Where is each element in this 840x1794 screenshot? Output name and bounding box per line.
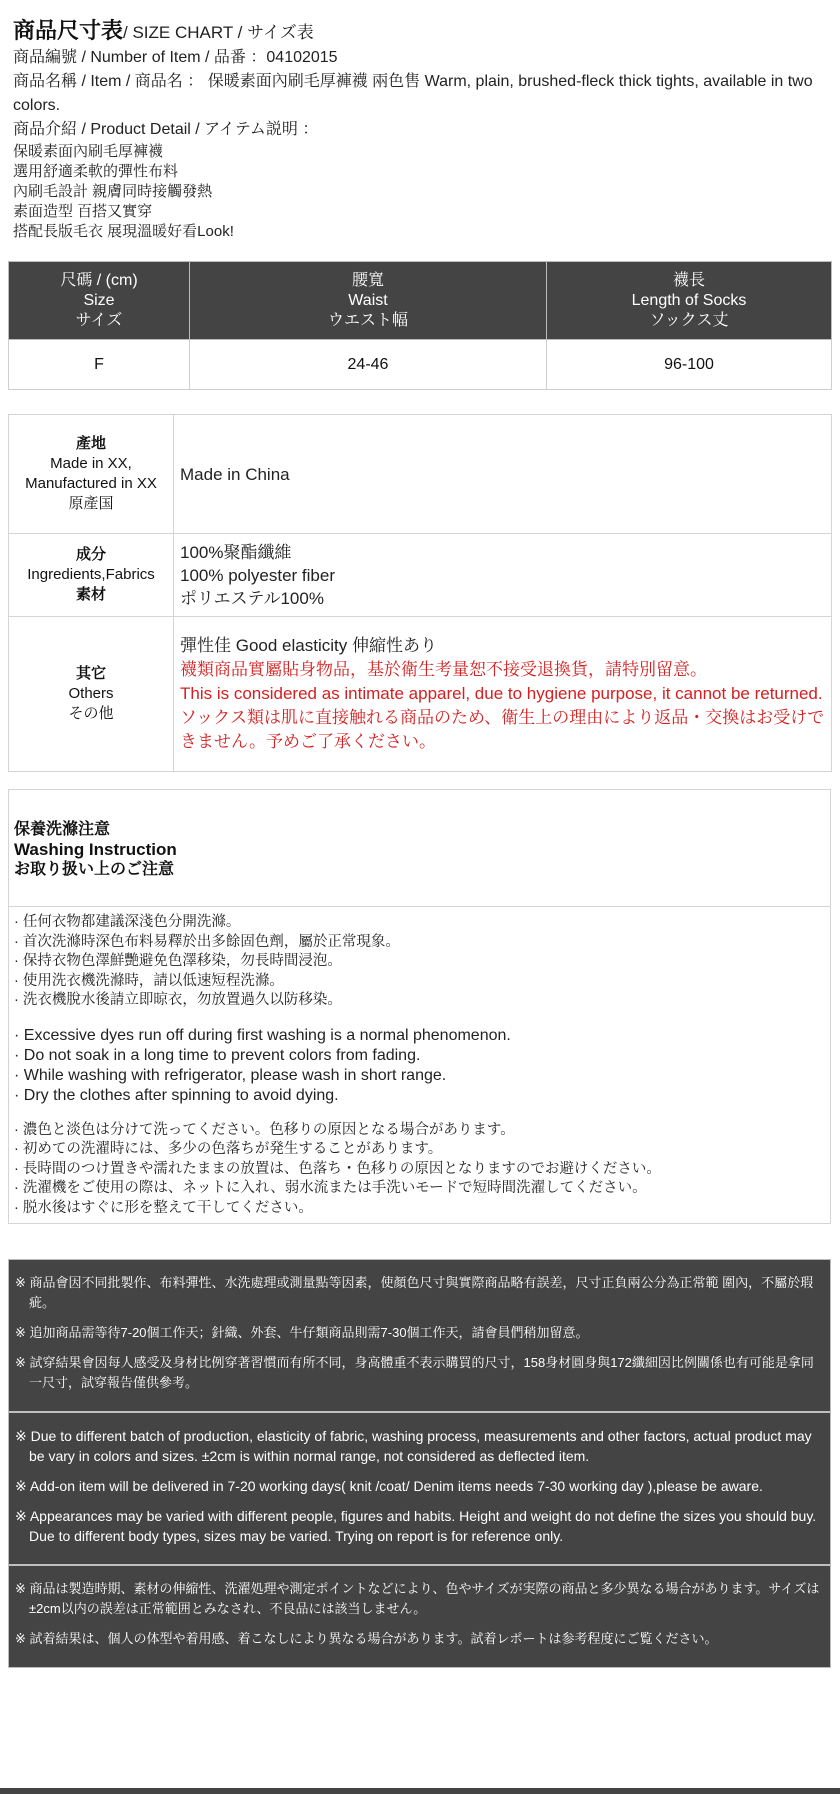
notice-item: ※ 追加商品需等待7-20個工作天；針織、外套、牛仔類商品則需7-30個工作天，… [15, 1323, 824, 1343]
product-detail-list: 保暖素面內刷毛厚褲襪 選用舒適柔軟的彈性布料 內刷毛設計 親膚同時接觸發熱 素面… [13, 142, 833, 242]
notice-panel: ※ 商品會因不同批製作、布料彈性、水洗處理或測量點等因素，使顏色尺寸與實際商品略… [8, 1259, 831, 1668]
origin-label-zh: 產地 [9, 434, 173, 454]
product-detail-line: 保暖素面內刷毛厚褲襪 [13, 142, 833, 162]
header-waist-en: Waist [194, 291, 542, 311]
washing-body: · 任何衣物都建議深淺色分開洗滌。 · 首次洗滌時深色布料易釋於出多餘固色劑，屬… [9, 907, 830, 1223]
notice-item: ※ 試穿結果會因每人感受及身材比例穿著習慣而有所不同，身高體重不表示購買的尺寸，… [15, 1353, 824, 1393]
list-item: · 任何衣物都建議深淺色分開洗滌。 [14, 913, 825, 933]
item-name-label: 商品名稱 / Item / 商品名 ： [13, 73, 203, 90]
product-info: 商品尺寸表/ SIZE CHART / サイズ表 商品編號 / Number o… [13, 18, 833, 242]
washing-instructions: 保養洗滌注意 Washing Instruction お取り扱い上のご注意 · … [8, 789, 831, 1224]
ingredients-value: 100%聚酯纖維 100% polyester fiber ポリエステル100% [174, 534, 832, 617]
spec-row-others: 其它 Others その他 彈性佳 Good elasticity 伸縮性あり … [9, 617, 832, 772]
ingredients-label-en: Ingredients,Fabrics [9, 565, 173, 585]
origin-value: Made in China [174, 415, 832, 534]
others-value: 彈性佳 Good elasticity 伸縮性あり 襪類商品實屬貼身物品，基於衛… [174, 617, 832, 772]
list-item: · 洗衣機脫水後請立即晾衣，勿放置過久以防移染。 [14, 991, 825, 1011]
list-item: · 脱水後はすぐに形を整えて干してください。 [14, 1199, 825, 1219]
notice-section-en: ※ Due to different batch of production, … [9, 1413, 830, 1566]
washing-title-zh: 保養洗滌注意 [14, 820, 825, 840]
notice-item: ※ Due to different batch of production, … [15, 1426, 824, 1466]
item-name-line: 商品名稱 / Item / 商品名 ： 保暖素面內刷毛厚褲襪 兩色售 Warm,… [13, 70, 833, 118]
origin-label-ja: 原產国 [9, 494, 173, 514]
list-item: · 首次洗滌時深色布料易釋於出多餘固色劑，屬於正常現象。 [14, 933, 825, 953]
no-return-warning-en: This is considered as intimate apparel, … [180, 682, 825, 706]
elasticity-note: 彈性佳 Good elasticity 伸縮性あり [180, 634, 825, 658]
header-waist-ja: ウエスト幅 [194, 311, 542, 331]
item-number-line: 商品編號 / Number of Item / 品番 ：04102015 [13, 46, 833, 70]
ingredients-label-zh: 成分 [9, 545, 173, 565]
no-return-warning-zh: 襪類商品實屬貼身物品，基於衛生考量恕不接受退換貨，請特別留意。 [180, 658, 825, 682]
header-sock-length: 襪長 Length of Socks ソックス丈 [547, 262, 832, 340]
washing-title-ja: お取り扱い上のご注意 [14, 860, 825, 880]
washing-list-ja: · 濃色と淡色は分けて洗ってください。色移りの原因となる場合があります。 · 初… [14, 1121, 825, 1219]
header-waist: 腰寬 Waist ウエスト幅 [190, 262, 547, 340]
header-length-en: Length of Socks [551, 291, 827, 311]
product-detail-label: 商品介紹 / Product Detail / アイテム説明 ： [13, 118, 833, 142]
others-label: 其它 Others その他 [9, 617, 174, 772]
notice-item: ※ Add-on item will be delivered in 7-20 … [15, 1476, 824, 1496]
list-item: · 洗濯機をご使用の際は、ネットに入れ、弱水流または手洗いモードで短時間洗濯して… [14, 1179, 825, 1199]
header-size: 尺碼 / (cm) Size サイズ [9, 262, 190, 340]
size-chart-title: 商品尺寸表/ SIZE CHART / サイズ表 [13, 18, 833, 46]
notice-item: ※ 商品會因不同批製作、布料彈性、水洗處理或測量點等因素，使顏色尺寸與實際商品略… [15, 1273, 824, 1313]
washing-title: 保養洗滌注意 Washing Instruction お取り扱い上のご注意 [9, 790, 830, 907]
list-item: · 使用洗衣機洗滌時，請以低速短程洗滌。 [14, 972, 825, 992]
list-item: · 保持衣物色澤鮮艷避免色澤移染，勿長時間浸泡。 [14, 952, 825, 972]
title-zh: 商品尺寸表 [13, 18, 123, 43]
table-row: F 24-46 96-100 [9, 340, 832, 390]
list-item: · Do not soak in a long time to prevent … [14, 1046, 825, 1066]
list-item: · Excessive dyes run off during first wa… [14, 1026, 825, 1046]
list-item: · While washing with refrigerator, pleas… [14, 1066, 825, 1086]
others-label-en: Others [9, 684, 173, 704]
notice-item: ※ 商品は製造時期、素材の伸縮性、洗濯処理や測定ポイントなどにより、色やサイズが… [15, 1579, 824, 1619]
spec-table: 產地 Made in XX, Manufactured in XX 原產国 Ma… [8, 414, 832, 772]
ingredients-label: 成分 Ingredients,Fabrics 素材 [9, 534, 174, 617]
spec-row-origin: 產地 Made in XX, Manufactured in XX 原產国 Ma… [9, 415, 832, 534]
washing-title-en: Washing Instruction [14, 840, 825, 860]
ingredient-line: ポリエステル100% [180, 587, 825, 610]
cell-waist: 24-46 [190, 340, 547, 390]
washing-list-en: · Excessive dyes run off during first wa… [14, 1026, 825, 1106]
header-size-en: Size [13, 291, 185, 311]
ingredient-line: 100% polyester fiber [180, 564, 825, 587]
list-item: · 長時間のつけ置きや濡れたままの放置は、色落ち・色移りの原因となりますのでお避… [14, 1160, 825, 1180]
others-label-ja: その他 [9, 704, 173, 724]
others-label-zh: 其它 [9, 664, 173, 684]
product-detail-line: 內刷毛設計 親膚同時接觸發熱 [13, 182, 833, 202]
no-return-warning-ja: ソックス類は肌に直接触れる商品のため、衛生上の理由により返品・交換はお受けできま… [180, 706, 825, 754]
spec-row-ingredients: 成分 Ingredients,Fabrics 素材 100%聚酯纖維 100% … [9, 534, 832, 617]
cell-length: 96-100 [547, 340, 832, 390]
size-table: 尺碼 / (cm) Size サイズ 腰寬 Waist ウエスト幅 襪長 Len… [8, 261, 832, 390]
washing-list-zh: · 任何衣物都建議深淺色分開洗滌。 · 首次洗滌時深色布料易釋於出多餘固色劑，屬… [14, 913, 825, 1011]
header-size-ja: サイズ [13, 311, 185, 331]
product-detail-line: 素面造型 百搭又實穿 [13, 202, 833, 222]
list-item: · Dry the clothes after spinning to avoi… [14, 1086, 825, 1106]
origin-label: 產地 Made in XX, Manufactured in XX 原產国 [9, 415, 174, 534]
header-waist-zh: 腰寬 [194, 271, 542, 291]
ingredient-line: 100%聚酯纖維 [180, 541, 825, 564]
product-detail-line: 搭配長版毛衣 展現溫暖好看Look! [13, 222, 833, 242]
item-number-label: 商品編號 / Number of Item / 品番 ： [13, 49, 266, 66]
header-length-zh: 襪長 [551, 271, 827, 291]
title-rest: / SIZE CHART / サイズ表 [123, 23, 314, 42]
size-table-header-row: 尺碼 / (cm) Size サイズ 腰寬 Waist ウエスト幅 襪長 Len… [9, 262, 832, 340]
list-item: · 濃色と淡色は分けて洗ってください。色移りの原因となる場合があります。 [14, 1121, 825, 1141]
ingredients-label-ja: 素材 [9, 585, 173, 605]
cell-size: F [9, 340, 190, 390]
bottom-divider [0, 1788, 840, 1794]
product-detail-line: 選用舒適柔軟的彈性布料 [13, 162, 833, 182]
header-size-zh: 尺碼 / (cm) [13, 271, 185, 291]
origin-label-en: Made in XX, Manufactured in XX [9, 454, 173, 494]
item-number: 04102015 [266, 49, 337, 66]
notice-section-zh: ※ 商品會因不同批製作、布料彈性、水洗處理或測量點等因素，使顏色尺寸與實際商品略… [9, 1260, 830, 1413]
notice-item: ※ 試着結果は、個人の体型や着用感、着こなしにより異なる場合があります。試着レポ… [15, 1629, 824, 1649]
notice-item: ※ Appearances may be varied with differe… [15, 1506, 824, 1546]
header-length-ja: ソックス丈 [551, 311, 827, 331]
notice-section-ja: ※ 商品は製造時期、素材の伸縮性、洗濯処理や測定ポイントなどにより、色やサイズが… [9, 1566, 830, 1667]
list-item: · 初めての洗濯時には、多少の色落ちが発生することがあります。 [14, 1140, 825, 1160]
